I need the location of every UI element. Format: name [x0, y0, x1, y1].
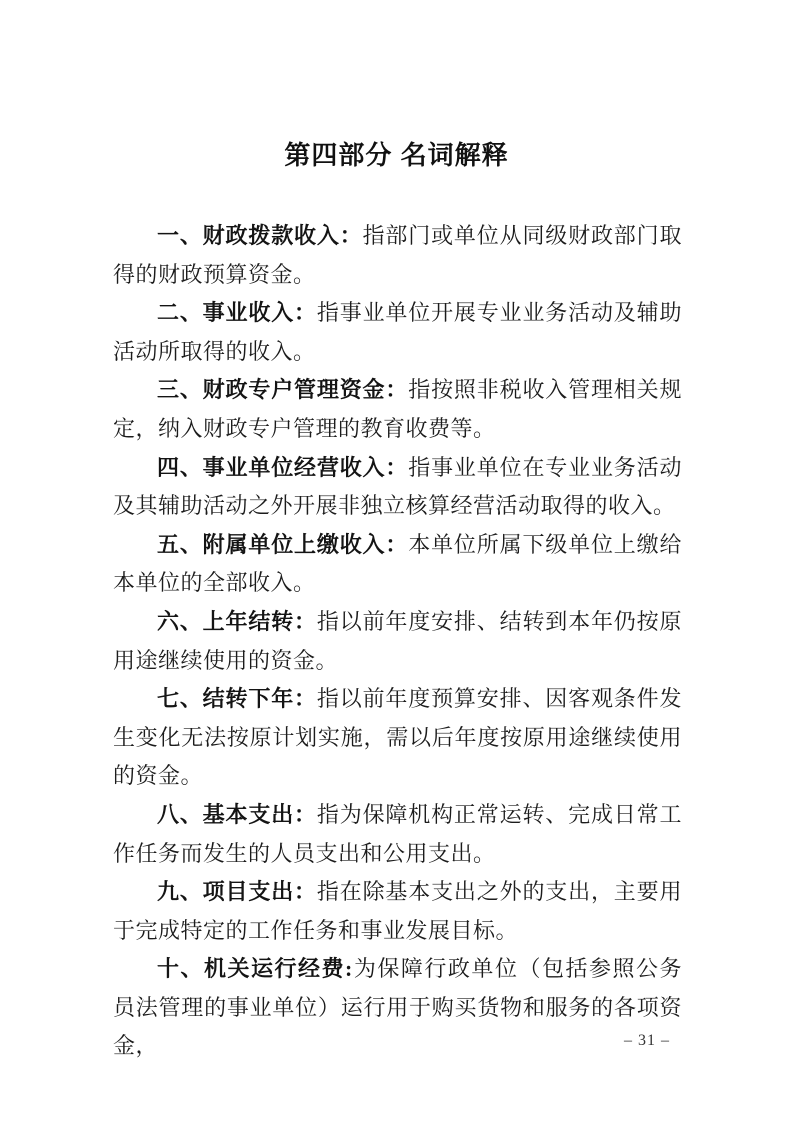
glossary-item: 一、财政拨款收入：指部门或单位从同级财政部门取得的财政预算资金。 [113, 217, 682, 294]
document-page: 第四部分 名词解释 一、财政拨款收入：指部门或单位从同级财政部门取得的财政预算资… [0, 0, 793, 1122]
glossary-item: 七、结转下年：指以前年度预算安排、因客观条件发生变化无法按原计划实施，需以后年度… [113, 680, 682, 796]
glossary-item: 八、基本支出：指为保障机构正常运转、完成日常工作任务而发生的人员支出和公用支出。 [113, 796, 682, 873]
glossary-term: 六、上年结转： [157, 609, 317, 634]
glossary-term: 五、附属单位上缴收入： [157, 532, 408, 557]
glossary-term: 十、机关运行经费: [157, 956, 353, 981]
glossary-item: 五、附属单位上缴收入：本单位所属下级单位上缴给本单位的全部收入。 [113, 526, 682, 603]
glossary-term: 七、结转下年： [157, 686, 317, 711]
glossary-term: 四、事业单位经营收入： [157, 455, 408, 480]
glossary-term: 九、项目支出： [157, 879, 317, 904]
glossary-item: 九、项目支出：指在除基本支出之外的支出，主要用于完成特定的工作任务和事业发展目标… [113, 873, 682, 950]
glossary-item: 二、事业收入：指事业单位开展专业业务活动及辅助活动所取得的收入。 [113, 294, 682, 371]
glossary-item: 十、机关运行经费:为保障行政单位（包括参照公务员法管理的事业单位）运行用于购买货… [113, 950, 682, 1066]
glossary-item: 六、上年结转：指以前年度安排、结转到本年仍按原用途继续使用的资金。 [113, 603, 682, 680]
glossary-term: 一、财政拨款收入： [157, 223, 363, 248]
glossary-item: 四、事业单位经营收入：指事业单位在专业业务活动及其辅助活动之外开展非独立核算经营… [113, 449, 682, 526]
page-title: 第四部分 名词解释 [0, 0, 793, 171]
glossary-section: 一、财政拨款收入：指部门或单位从同级财政部门取得的财政预算资金。 二、事业收入：… [113, 217, 682, 1066]
glossary-term: 八、基本支出： [157, 802, 317, 827]
page-number: – 31 – [624, 1032, 670, 1050]
glossary-item: 三、财政专户管理资金：指按照非税收入管理相关规定，纳入财政专户管理的教育收费等。 [113, 371, 682, 448]
glossary-term: 二、事业收入： [157, 300, 317, 325]
glossary-term: 三、财政专户管理资金： [157, 377, 408, 402]
